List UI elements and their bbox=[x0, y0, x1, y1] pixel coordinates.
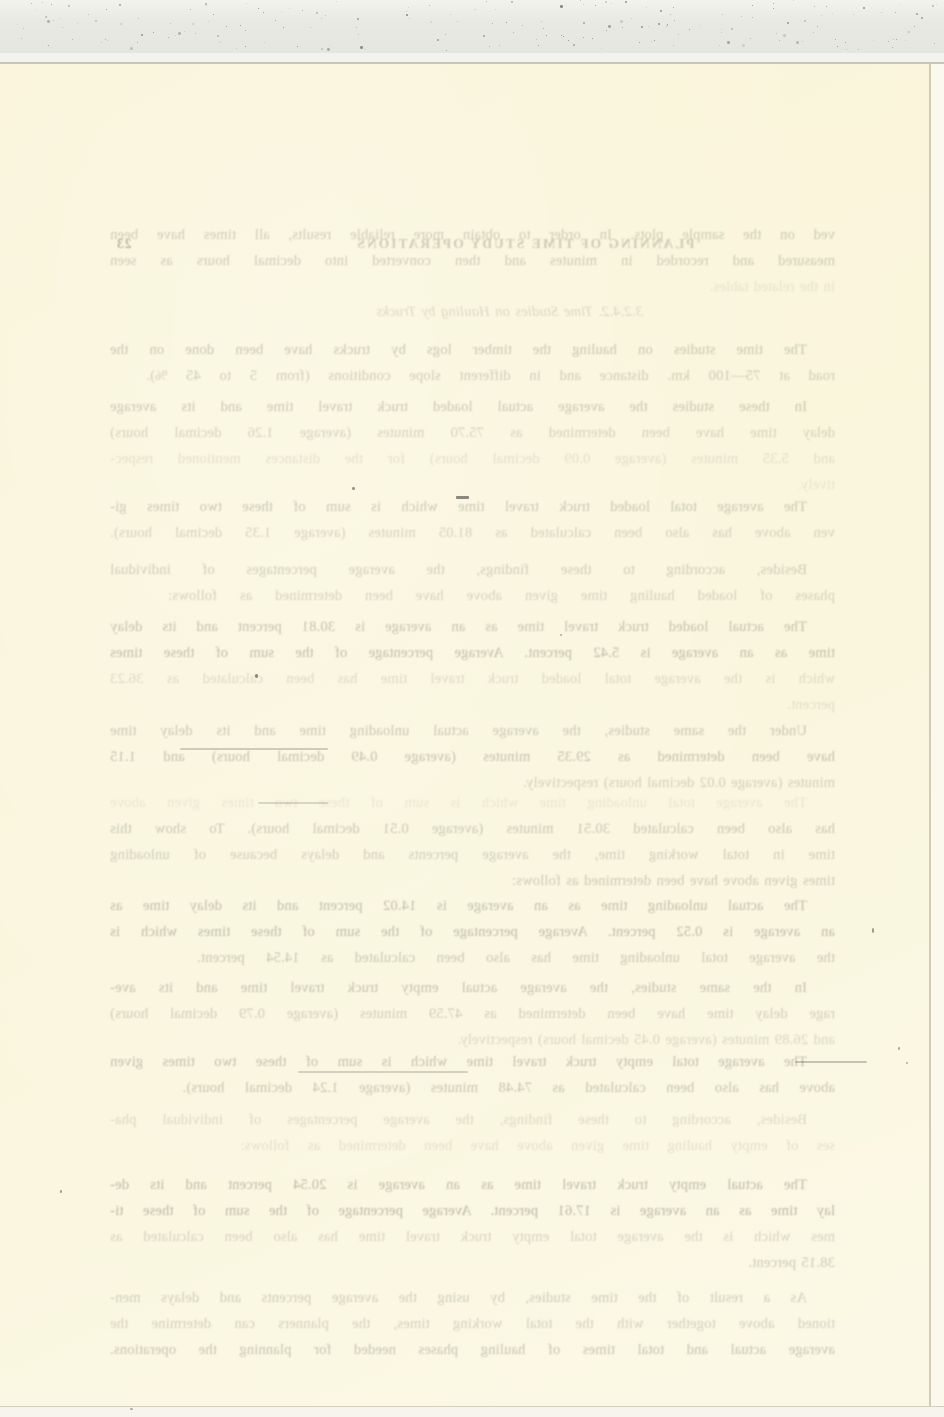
scanner-noise-dot bbox=[302, 10, 303, 11]
scanner-noise-strip bbox=[0, 0, 944, 53]
mirrored-showthrough-text: PLANNING OF TIME STUDY OPERATIONS 23 ved… bbox=[110, 64, 835, 1406]
scanner-noise-dot bbox=[506, 22, 507, 23]
scanner-noise-dot bbox=[457, 21, 458, 22]
scanner-noise-dot bbox=[538, 45, 539, 46]
scanner-noise-dot bbox=[608, 25, 611, 28]
ink-speck bbox=[255, 674, 258, 678]
scanner-noise-dot bbox=[23, 28, 24, 29]
scanner-noise-dot bbox=[845, 42, 846, 43]
scanner-noise-dot bbox=[429, 5, 430, 6]
scanner-noise-dot bbox=[658, 23, 660, 25]
scanner-noise-dot bbox=[329, 45, 330, 46]
scanner-noise-dot bbox=[217, 35, 219, 37]
scanner-noise-dot bbox=[321, 48, 323, 50]
scanner-noise-dot bbox=[742, 44, 745, 47]
paragraph: The average total empty truck travel tim… bbox=[110, 1049, 835, 1101]
text-line: As a result of the time studies, by usin… bbox=[110, 1285, 835, 1311]
scanner-noise-dot bbox=[814, 6, 815, 7]
scanner-noise-dot bbox=[206, 5, 207, 6]
scanner-noise-dot bbox=[17, 24, 18, 25]
scanner-noise-dot bbox=[817, 26, 818, 27]
page-top-edge bbox=[0, 53, 944, 64]
scanner-noise-dot bbox=[53, 20, 54, 21]
text-line: time as an average is 5.42 percent. Aver… bbox=[110, 640, 835, 666]
scanner-noise-dot bbox=[620, 20, 623, 23]
scanner-noise-dot bbox=[168, 37, 169, 38]
scanner-noise-dot bbox=[281, 12, 282, 13]
scanner-noise-dot bbox=[700, 25, 701, 26]
scanner-noise-dot bbox=[45, 16, 47, 18]
scanner-noise-dot bbox=[631, 18, 632, 19]
scanner-noise-dot bbox=[921, 17, 923, 19]
scanner-noise-dot bbox=[445, 34, 446, 35]
scanner-noise-dot bbox=[787, 22, 789, 24]
scanner-noise-dot bbox=[297, 46, 298, 47]
scanner-noise-dot bbox=[804, 20, 806, 22]
scanner-noise-dot bbox=[47, 20, 50, 23]
scanner-noise-dot bbox=[356, 27, 357, 28]
scanner-noise-dot bbox=[892, 47, 893, 48]
paragraph: The average total loaded truck travel ti… bbox=[110, 494, 835, 546]
scanner-noise-dot bbox=[752, 5, 753, 6]
scanner-noise-dot bbox=[592, 38, 593, 39]
scanner-noise-dot bbox=[192, 23, 194, 25]
text-line: Besides, according to these findings, th… bbox=[110, 557, 835, 583]
scanner-noise-dot bbox=[406, 11, 407, 12]
scanner-noise-dot bbox=[360, 46, 363, 49]
scanner-noise-dot bbox=[583, 4, 584, 5]
scanner-noise-dot bbox=[283, 27, 284, 28]
scanner-noise-dot bbox=[776, 33, 777, 34]
paragraph: The average total unloading time which i… bbox=[110, 790, 835, 894]
paragraph: The actual unloading time as an average … bbox=[110, 893, 835, 971]
scanner-noise-dot bbox=[670, 14, 671, 15]
scanner-noise-dot bbox=[561, 35, 562, 36]
scanner-noise-dot bbox=[773, 3, 774, 4]
scanner-noise-dot bbox=[105, 39, 106, 40]
text-line: In these studies the average actual load… bbox=[110, 394, 835, 420]
scanner-noise-dot bbox=[916, 13, 918, 15]
scanner-noise-dot bbox=[51, 4, 52, 5]
scanner-noise-dot bbox=[21, 38, 22, 39]
scanner-noise-dot bbox=[483, 35, 485, 37]
scanner-noise-dot bbox=[72, 39, 73, 40]
scanner-noise-dot bbox=[495, 9, 496, 10]
text-line: The actual empty truck travel time as an… bbox=[110, 1172, 835, 1198]
ink-speck bbox=[180, 748, 328, 750]
text-line: lay time as an average is 17.61 percent.… bbox=[110, 1198, 835, 1224]
scanner-noise-dot bbox=[536, 39, 537, 40]
scanner-noise-dot bbox=[213, 14, 214, 15]
scanner-noise-dot bbox=[358, 34, 359, 35]
scan-right-margin bbox=[931, 64, 944, 1406]
scanner-noise-dot bbox=[601, 48, 602, 49]
scanner-noise-dot bbox=[499, 45, 500, 46]
scanner-noise-dot bbox=[221, 41, 222, 42]
text-line: in the related tables. bbox=[545, 274, 835, 300]
ink-speck bbox=[560, 634, 562, 636]
scanner-noise-dot bbox=[327, 48, 330, 51]
scanner-noise-dot bbox=[511, 1, 513, 3]
scanner-noise-dot bbox=[721, 29, 722, 30]
scanner-noise-dot bbox=[246, 3, 247, 4]
scanner-noise-dot bbox=[858, 49, 859, 50]
scanner-noise-dot bbox=[437, 39, 439, 41]
scanner-noise-dot bbox=[546, 35, 547, 36]
scanner-noise-dot bbox=[120, 23, 122, 25]
scanner-noise-dot bbox=[446, 50, 447, 51]
scanner-noise-dot bbox=[648, 26, 649, 27]
text-line: which is the average total loaded truck … bbox=[110, 666, 835, 692]
scanner-noise-dot bbox=[641, 26, 643, 28]
scanner-noise-dot bbox=[750, 38, 751, 39]
scanner-noise-dot bbox=[137, 42, 138, 43]
scanner-noise-dot bbox=[258, 8, 259, 9]
scanner-noise-dot bbox=[666, 25, 668, 27]
text-line: has also been calculated 30.51 minutes (… bbox=[110, 816, 835, 842]
scanner-noise-dot bbox=[357, 18, 359, 20]
scanner-noise-dot bbox=[522, 25, 523, 26]
scanner-noise-dot bbox=[275, 20, 276, 21]
text-line: The average total empty truck travel tim… bbox=[110, 1049, 835, 1075]
scanner-noise-dot bbox=[908, 31, 910, 33]
scanner-noise-dot bbox=[783, 34, 786, 37]
scanner-noise-dot bbox=[563, 36, 564, 37]
scanner-noise-dot bbox=[835, 39, 836, 40]
scanner-noise-dot bbox=[721, 32, 722, 33]
ink-speck bbox=[258, 802, 328, 804]
scanner-noise-dot bbox=[336, 1, 337, 2]
scanner-noise-dot bbox=[689, 29, 690, 30]
scanner-noise-dot bbox=[325, 15, 326, 16]
text-line: average actual and total times of haulin… bbox=[110, 1337, 835, 1363]
scanner-noise-dot bbox=[674, 20, 675, 21]
scanner-noise-dot bbox=[605, 1, 607, 3]
scanner-noise-dot bbox=[932, 5, 934, 7]
scanner-noise-dot bbox=[42, 41, 43, 42]
scanner-noise-dot bbox=[513, 32, 514, 33]
scanner-noise-dot bbox=[837, 46, 838, 47]
paragraph: The actual empty truck travel time as an… bbox=[110, 1172, 835, 1276]
scanner-noise-dot bbox=[646, 7, 647, 8]
scanner-noise-dot bbox=[673, 7, 674, 8]
scanner-noise-dot bbox=[639, 42, 640, 43]
scanner-noise-dot bbox=[773, 8, 774, 9]
text-line: measured and recorded in minutes and the… bbox=[110, 248, 835, 274]
scanner-noise-dot bbox=[245, 46, 246, 47]
ink-speck bbox=[906, 1062, 908, 1064]
ink-speck bbox=[352, 487, 355, 490]
scanner-noise-dot bbox=[826, 6, 827, 7]
scanner-noise-dot bbox=[42, 2, 43, 3]
scanner-noise-dot bbox=[77, 23, 78, 24]
text-line: rage delay time have been determined as … bbox=[110, 1001, 835, 1027]
scanner-noise-dot bbox=[208, 21, 209, 22]
scanner-noise-dot bbox=[595, 5, 596, 6]
scanner-noise-dot bbox=[895, 12, 896, 13]
scanner-noise-dot bbox=[832, 13, 833, 14]
scanner-noise-dot bbox=[722, 14, 723, 15]
scanner-noise-dot bbox=[492, 23, 493, 24]
scanner-noise-dot bbox=[316, 12, 318, 14]
scanner-noise-dot bbox=[263, 12, 264, 13]
text-line: The average total unloading time which i… bbox=[110, 790, 835, 816]
scanner-noise-dot bbox=[651, 41, 652, 42]
paragraph: The time studies on hauling the timber l… bbox=[110, 337, 835, 389]
paragraph: Besides, according to these findings, th… bbox=[110, 1107, 835, 1159]
scanner-noise-dot bbox=[406, 14, 408, 16]
text-line: ses of empty hauling time given above ha… bbox=[241, 1133, 836, 1159]
text-line: In the same studies, the average actual … bbox=[110, 975, 835, 1001]
scanner-noise-dot bbox=[184, 31, 185, 32]
scanner-noise-dot bbox=[853, 14, 854, 15]
scanner-noise-dot bbox=[654, 40, 655, 41]
text-line: The time studies on hauling the timber l… bbox=[110, 337, 835, 363]
scanner-noise-dot bbox=[934, 43, 935, 44]
scanner-noise-dot bbox=[883, 9, 884, 10]
scanner-noise-dot bbox=[541, 21, 542, 22]
scanner-noise-dot bbox=[611, 3, 612, 4]
scanner-noise-dot bbox=[107, 40, 108, 41]
scanner-noise-dot bbox=[779, 40, 780, 41]
scanner-noise-dot bbox=[543, 28, 544, 29]
ink-speck bbox=[456, 496, 469, 499]
scanner-noise-dot bbox=[560, 6, 561, 7]
scanner-noise-dot bbox=[48, 45, 49, 46]
scanner-noise-dot bbox=[583, 37, 584, 38]
paragraph: 3.2.4.2. Time Studies on Hauling by Truc… bbox=[110, 299, 835, 325]
scanner-noise-dot bbox=[606, 30, 607, 31]
scanner-noise-dot bbox=[68, 5, 70, 7]
text-line: and 5.35 minutes (average 0.09 decimal h… bbox=[110, 446, 835, 472]
scanner-noise-dot bbox=[580, 0, 581, 1]
scanner-noise-dot bbox=[813, 32, 814, 33]
scanner-noise-dot bbox=[731, 28, 733, 30]
scanner-noise-dot bbox=[409, 18, 410, 19]
paragraph: Besides, according to these findings, th… bbox=[110, 557, 835, 609]
scanner-noise-dot bbox=[119, 4, 121, 6]
scanner-noise-dot bbox=[863, 7, 865, 9]
text-line: The actual unloading time as an average … bbox=[110, 893, 835, 919]
scanner-noise-dot bbox=[205, 3, 207, 5]
scanner-noise-dot bbox=[430, 21, 432, 23]
scanner-noise-dot bbox=[450, 14, 451, 15]
scanner-noise-dot bbox=[888, 41, 889, 42]
scanner-noise-dot bbox=[321, 18, 322, 19]
text-line: mes which is the average total empty tru… bbox=[110, 1224, 835, 1250]
scanner-noise-dot bbox=[752, 17, 753, 18]
scanner-noise-dot bbox=[660, 10, 662, 12]
paragraph: In the same studies, the average actual … bbox=[110, 975, 835, 1053]
scanner-noise-dot bbox=[141, 34, 143, 36]
scanner-noise-dot bbox=[130, 47, 133, 50]
scanner-noise-dot bbox=[802, 41, 803, 42]
scanner-noise-dot bbox=[936, 4, 937, 5]
scanner-noise-dot bbox=[408, 7, 409, 8]
text-line: ved on the sample plots. In order to obt… bbox=[110, 222, 835, 248]
ink-speck bbox=[898, 1047, 900, 1050]
scanner-noise-dot bbox=[226, 26, 227, 27]
ink-speck bbox=[298, 1071, 468, 1073]
scanner-noise-dot bbox=[175, 35, 176, 36]
text-line: an average is 0.52 percent. Average perc… bbox=[110, 919, 835, 945]
scanner-noise-dot bbox=[821, 15, 822, 16]
text-line: 38.15 percent. bbox=[705, 1250, 836, 1276]
scanner-noise-dot bbox=[219, 42, 220, 43]
text-line: 3.2.4.2. Time Studies on Hauling by Truc… bbox=[324, 299, 643, 325]
scanner-noise-dot bbox=[727, 41, 730, 44]
scanner-noise-dot bbox=[195, 33, 196, 34]
scanner-noise-dot bbox=[474, 9, 475, 10]
scanner-noise-dot bbox=[190, 9, 191, 10]
text-line: percent. bbox=[748, 692, 835, 718]
scanner-noise-dot bbox=[893, 39, 894, 40]
scanner-noise-dot bbox=[178, 32, 181, 35]
scanner-noise-dot bbox=[846, 49, 847, 50]
scanner-noise-dot bbox=[914, 26, 915, 27]
text-line: The average total loaded truck travel ti… bbox=[110, 494, 835, 520]
ink-speck bbox=[130, 1408, 133, 1410]
scanner-noise-dot bbox=[741, 16, 742, 17]
paragraph: As a result of the time studies, by usin… bbox=[110, 1285, 835, 1363]
scanner-noise-dot bbox=[583, 22, 585, 24]
text-line: The actual loaded truck travel time as a… bbox=[110, 614, 835, 640]
scanner-noise-dot bbox=[486, 1, 487, 2]
scanner-noise-dot bbox=[896, 39, 897, 40]
scanner-noise-dot bbox=[905, 40, 906, 41]
scanner-noise-dot bbox=[62, 27, 63, 28]
scanner-noise-dot bbox=[673, 45, 674, 46]
scanner-noise-dot bbox=[793, 0, 794, 1]
scanner-noise-dot bbox=[170, 23, 171, 24]
scanner-noise-dot bbox=[678, 34, 679, 35]
scanner-noise-dot bbox=[573, 44, 575, 46]
ink-speck bbox=[872, 928, 874, 933]
scanner-noise-dot bbox=[667, 24, 668, 25]
text-line: tioned above together with the total wor… bbox=[110, 1311, 835, 1337]
scanner-noise-dot bbox=[568, 40, 569, 41]
scanner-noise-dot bbox=[59, 18, 60, 19]
scanner-noise-dot bbox=[289, 8, 290, 9]
scanner-noise-dot bbox=[153, 32, 154, 33]
scanner-noise-dot bbox=[310, 27, 311, 28]
paragraph: Under the same studies, the average actu… bbox=[110, 718, 835, 796]
text-line: road at 75—100 km. distance and in diffe… bbox=[146, 363, 835, 389]
text-line: phases of loaded hauling time given abov… bbox=[168, 583, 835, 609]
scanner-noise-dot bbox=[899, 4, 900, 5]
scanner-noise-dot bbox=[245, 30, 246, 31]
ink-speck bbox=[60, 1190, 62, 1193]
scanner-noise-dot bbox=[622, 27, 623, 28]
text-line: the average total unloading time has als… bbox=[197, 945, 835, 971]
scanner-noise-dot bbox=[240, 25, 241, 26]
scanner-noise-dot bbox=[873, 40, 874, 41]
scanner-noise-dot bbox=[101, 42, 102, 43]
paragraph: In these studies the average actual load… bbox=[110, 394, 835, 498]
scanner-noise-dot bbox=[138, 18, 139, 19]
scanner-noise-dot bbox=[796, 41, 799, 44]
scanner-noise-dot bbox=[264, 42, 265, 43]
text-line: ven above has also been calculated as 81… bbox=[110, 520, 835, 546]
text-line: Under the same studies, the average actu… bbox=[110, 718, 835, 744]
paragraph: ved on the sample plots. In order to obt… bbox=[110, 222, 835, 300]
scanner-noise-dot bbox=[365, 49, 366, 50]
scan-bottom-margin bbox=[0, 1406, 944, 1417]
scanner-noise-dot bbox=[475, 9, 476, 10]
scanner-noise-dot bbox=[625, 1, 627, 3]
text-line: time in total working time, the average … bbox=[110, 842, 835, 868]
text-line: delay time have been determined as 75.70… bbox=[110, 420, 835, 446]
scanner-noise-dot bbox=[31, 3, 32, 4]
scanner-noise-dot bbox=[489, 46, 490, 47]
scanner-noise-dot bbox=[88, 14, 89, 15]
scanner-noise-dot bbox=[36, 9, 37, 10]
scanner-noise-dot bbox=[881, 12, 882, 13]
text-line: Besides, according to these findings, th… bbox=[110, 1107, 835, 1133]
text-line: times given above have been determined a… bbox=[429, 868, 835, 894]
scanner-noise-dot bbox=[95, 20, 97, 22]
scanner-noise-dot bbox=[236, 48, 237, 49]
paragraph: The actual loaded truck travel time as a… bbox=[110, 614, 835, 718]
text-line: above has also been calculated as 74.48 … bbox=[183, 1075, 836, 1101]
scanner-noise-dot bbox=[106, 9, 107, 10]
ink-speck bbox=[795, 1061, 867, 1063]
scanner-noise-dot bbox=[719, 45, 720, 46]
